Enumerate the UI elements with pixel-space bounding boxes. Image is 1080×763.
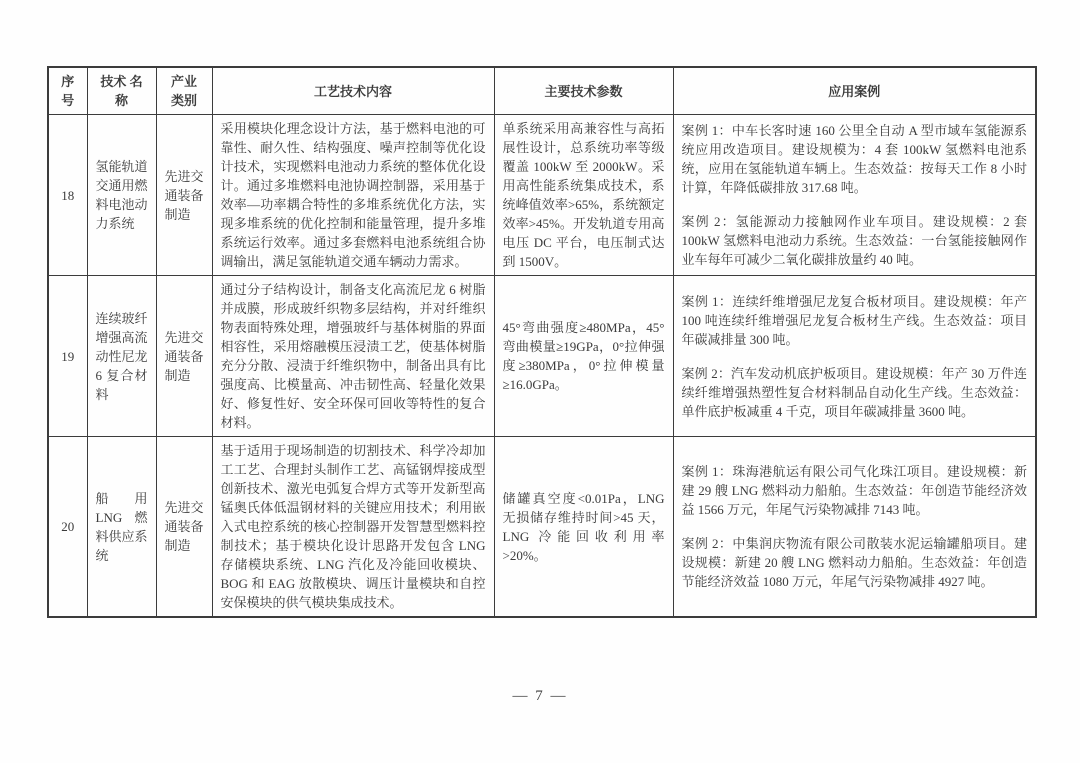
case-paragraph: 案例 1：连续纤维增强尼龙复合板材项目。建设规模：年产 100 吨连续纤维增强尼… xyxy=(682,292,1028,349)
header-main-parameters: 主要技术参数 xyxy=(494,67,673,115)
industry-category-cell: 先进交通装备制造 xyxy=(156,115,212,276)
header-technology-name: 技术 名称 xyxy=(87,67,156,115)
page-number: — 7 — xyxy=(0,688,1080,705)
application-cases-cell: 案例 1：连续纤维增强尼龙复合板材项目。建设规模：年产 100 吨连续纤维增强尼… xyxy=(673,276,1036,437)
tech-parameters-cell: 45°弯曲强度≥480MPa，45°弯曲模量≥19GPa，0°拉伸强度≥380M… xyxy=(494,276,673,437)
case-paragraph: 案例 2：氢能源动力接触网作业车项目。建设规模：2 套 100kW 氢燃料电池动… xyxy=(682,212,1028,269)
header-application-cases: 应用案例 xyxy=(673,67,1036,115)
case-paragraph: 案例 1：珠海港航运有限公司气化珠江项目。建设规模：新建 29 艘 LNG 燃料… xyxy=(682,462,1028,519)
case-paragraph: 案例 2：中集润庆物流有限公司散装水泥运输罐船项目。建设规模：新建 20 艘 L… xyxy=(682,534,1028,591)
tech-parameters-cell: 单系统采用高兼容性与高拓展性设计，总系统功率等级覆盖 100kW 至 2000k… xyxy=(494,115,673,276)
case-paragraph: 案例 1：中车长客时速 160 公里全自动 A 型市域车氢能源系统应用改造项目。… xyxy=(682,121,1028,197)
industry-category-cell: 先进交通装备制造 xyxy=(156,437,212,618)
table-row: 18 氢能轨道交通用燃料电池动力系统 先进交通装备制造 采用模块化理念设计方法，… xyxy=(48,115,1036,276)
tech-parameters-cell: 储罐真空度<0.01Pa，LNG 无损储存维持时间>45 天，LNG 冷能回收利… xyxy=(494,437,673,618)
process-content-cell: 通过分子结构设计，制备支化高流尼龙 6 树脂并成膜，形成玻纤织物多层结构，并对纤… xyxy=(212,276,494,437)
tech-name-cell: 船用 LNG 燃料供应系统 xyxy=(87,437,156,618)
table-header-row: 序号 技术 名称 产业 类别 工艺技术内容 主要技术参数 应用案例 xyxy=(48,67,1036,115)
technology-table: 序号 技术 名称 产业 类别 工艺技术内容 主要技术参数 应用案例 18 氢能轨… xyxy=(47,66,1037,618)
row-number-cell: 18 xyxy=(48,115,87,276)
document-page: 序号 技术 名称 产业 类别 工艺技术内容 主要技术参数 应用案例 18 氢能轨… xyxy=(0,0,1080,763)
table-row: 20 船用 LNG 燃料供应系统 先进交通装备制造 基于适用于现场制造的切割技术… xyxy=(48,437,1036,618)
industry-category-cell: 先进交通装备制造 xyxy=(156,276,212,437)
row-number-cell: 20 xyxy=(48,437,87,618)
process-content-cell: 基于适用于现场制造的切割技术、科学冷却加工工艺、合理封头制作工艺、高锰钢焊接成型… xyxy=(212,437,494,618)
table-row: 19 连续玻纤增强高流动性尼龙 6 复合材料 先进交通装备制造 通过分子结构设计… xyxy=(48,276,1036,437)
header-process-content: 工艺技术内容 xyxy=(212,67,494,115)
application-cases-cell: 案例 1：珠海港航运有限公司气化珠江项目。建设规模：新建 29 艘 LNG 燃料… xyxy=(673,437,1036,618)
header-industry-category: 产业 类别 xyxy=(156,67,212,115)
header-serial-number: 序号 xyxy=(48,67,87,115)
tech-name-cell: 连续玻纤增强高流动性尼龙 6 复合材料 xyxy=(87,276,156,437)
tech-name-cell: 氢能轨道交通用燃料电池动力系统 xyxy=(87,115,156,276)
process-content-cell: 采用模块化理念设计方法，基于燃料电池的可靠性、耐久性、结构强度、噪声控制等优化设… xyxy=(212,115,494,276)
row-number-cell: 19 xyxy=(48,276,87,437)
application-cases-cell: 案例 1：中车长客时速 160 公里全自动 A 型市域车氢能源系统应用改造项目。… xyxy=(673,115,1036,276)
case-paragraph: 案例 2：汽车发动机底护板项目。建设规模：年产 30 万件连续纤维增强热塑性复合… xyxy=(682,364,1028,421)
